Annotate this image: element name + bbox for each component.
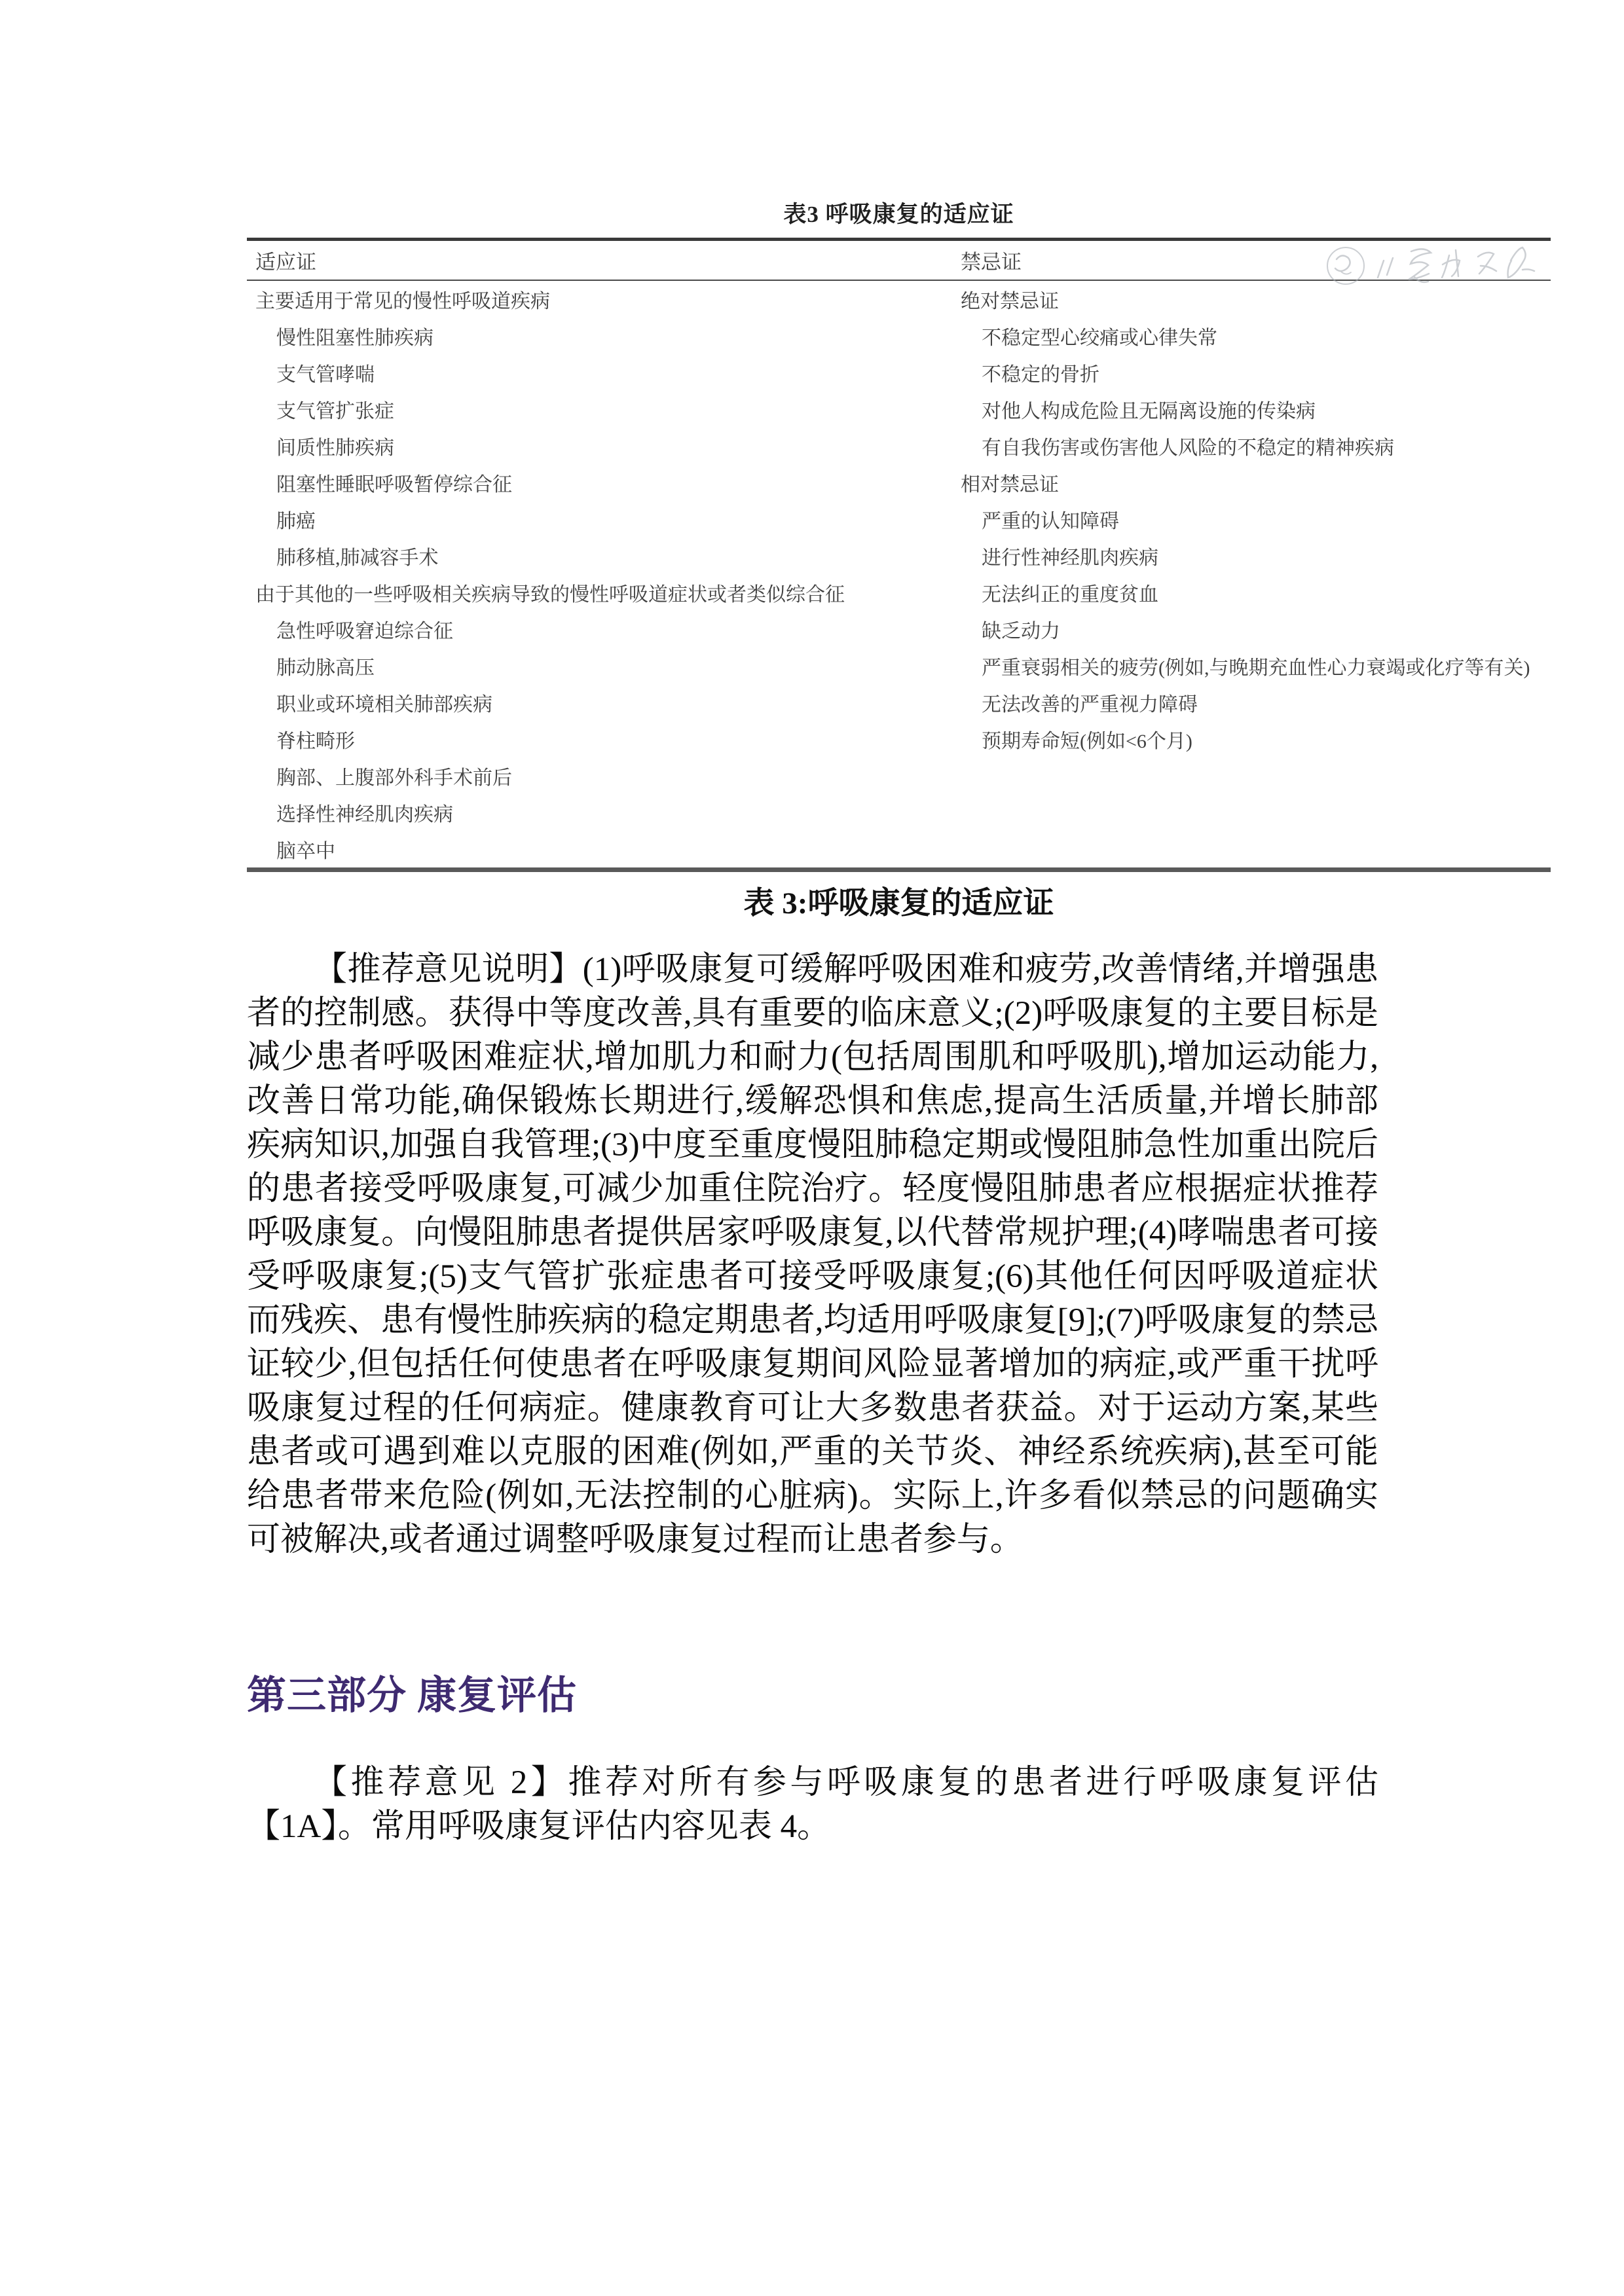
table-row: 职业或环境相关肺部疾病 无法改善的严重视力障碍 [247,684,1551,721]
indication-cell: 肺癌 [247,505,961,534]
table-row: 慢性阻塞性肺疾病 不稳定型心绞痛或心律失常 [247,318,1551,354]
indication-cell: 慢性阻塞性肺疾病 [247,321,961,350]
indication-cell: 选择性神经肌肉疾病 [247,798,961,827]
indication-cell: 胸部、上腹部外科手术前后 [247,761,961,790]
contraindication-cell: 相对禁忌证 [961,468,1551,497]
indication-cell: 脊柱畸形 [247,725,961,754]
contraindication-cell: 不稳定的骨折 [961,358,1551,387]
table-row: 主要适用于常见的慢性呼吸道疾病 绝对禁忌证 [247,281,1551,318]
indication-cell: 主要适用于常见的慢性呼吸道疾病 [247,285,961,314]
indication-cell: 肺动脉高压 [247,651,961,680]
recommendation-2-paragraph: 【推荐意见 2】推荐对所有参与呼吸康复的患者进行呼吸康复评估【1A】。常用呼吸康… [247,1761,1378,1849]
contraindication-cell: 严重衰弱相关的疲劳(例如,与晚期充血性心力衰竭或化疗等有关) [961,651,1551,680]
table-title: 表3 呼吸康复的适应证 [247,196,1551,229]
contraindication-cell: 无法改善的严重视力障碍 [961,688,1551,717]
indication-cell: 由于其他的一些呼吸相关疾病导致的慢性呼吸道症状或者类似综合征 [247,578,961,607]
table-row: 选择性神经肌肉疾病 [247,794,1551,831]
contraindication-cell: 进行性神经肌肉疾病 [961,541,1551,570]
table-row: 脑卒中 [247,831,1551,867]
table-row: 肺移植,肺减容手术 进行性神经肌肉疾病 [247,538,1551,574]
contraindication-cell: 对他人构成危险且无隔离设施的传染病 [961,395,1551,424]
contraindication-cell: 预期寿命短(例如<6个月) [961,725,1551,754]
indication-cell: 间质性肺疾病 [247,431,961,460]
section-heading: 第三部分 康复评估 [247,1664,577,1721]
table-row: 阻塞性睡眠呼吸暂停综合征 相对禁忌证 [247,464,1551,501]
indication-cell: 职业或环境相关肺部疾病 [247,688,961,717]
table-caption: 表 3:呼吸康复的适应证 [247,879,1551,922]
table-row: 支气管扩张症 对他人构成危险且无隔离设施的传染病 [247,391,1551,428]
contraindication-cell: 严重的认知障碍 [961,505,1551,534]
table-header-row: 适应证 禁忌证 [247,241,1551,281]
table-row: 急性呼吸窘迫综合征 缺乏动力 [247,611,1551,647]
indications-table: 适应证 禁忌证 主要适用于常见的慢性呼吸道疾病 绝对禁忌证 慢性阻塞性肺疾病 不… [247,238,1551,872]
indication-cell: 肺移植,肺减容手术 [247,541,961,570]
contraindication-cell: 不稳定型心绞痛或心律失常 [961,321,1551,350]
table-row: 肺动脉高压 严重衰弱相关的疲劳(例如,与晚期充血性心力衰竭或化疗等有关) [247,647,1551,684]
recommendation-note-paragraph: 【推荐意见说明】(1)呼吸康复可缓解呼吸困难和疲劳,改善情绪,并增强患者的控制感… [247,948,1378,1562]
indication-cell: 阻塞性睡眠呼吸暂停综合征 [247,468,961,497]
contraindication-cell: 有自我伤害或伤害他人风险的不稳定的精神疾病 [961,431,1551,460]
contraindication-cell: 无法纠正的重度贫血 [961,578,1551,607]
table-row: 支气管哮喘 不稳定的骨折 [247,354,1551,391]
table-row: 由于其他的一些呼吸相关疾病导致的慢性呼吸道症状或者类似综合征 无法纠正的重度贫血 [247,574,1551,611]
table-row: 间质性肺疾病 有自我伤害或伤害他人风险的不稳定的精神疾病 [247,428,1551,464]
indication-cell: 支气管哮喘 [247,358,961,387]
table-row: 肺癌 严重的认知障碍 [247,501,1551,538]
indication-cell: 支气管扩张症 [247,395,961,424]
table-row: 脊柱畸形 预期寿命短(例如<6个月) [247,721,1551,757]
indication-cell: 急性呼吸窘迫综合征 [247,615,961,644]
contraindication-cell: 缺乏动力 [961,615,1551,644]
contraindication-cell: 绝对禁忌证 [961,285,1551,314]
table-row: 胸部、上腹部外科手术前后 [247,757,1551,794]
header-cell-indications: 适应证 [247,246,961,275]
header-cell-contraindications: 禁忌证 [961,246,1551,275]
table-body: 主要适用于常见的慢性呼吸道疾病 绝对禁忌证 慢性阻塞性肺疾病 不稳定型心绞痛或心… [247,281,1551,867]
indication-cell: 脑卒中 [247,835,961,864]
document-page: 表3 呼吸康复的适应证 适应证 禁忌证 主要适用于常见的慢性呼吸道疾病 绝对禁忌… [0,0,1624,2296]
